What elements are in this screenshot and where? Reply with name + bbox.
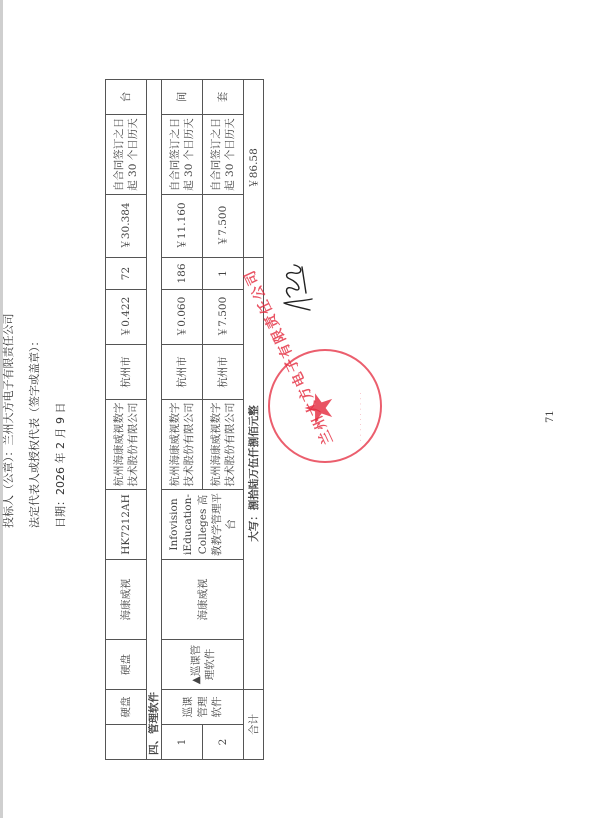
cell-manufacturer: 杭州海康威视数字技术股份有限公司: [106, 400, 147, 490]
table-row: 1 巡课管理软件 ▲巡课管理软件 海康威视 Infovision iEducat…: [162, 80, 203, 760]
star-icon: ★: [300, 391, 338, 425]
cell-unit: 间: [162, 80, 203, 115]
cell-delivery: 自合同签订之日起 30 个日历天: [203, 115, 244, 195]
cell-quantity: 186: [162, 258, 203, 290]
document-page: 硬盘 硬盘 海康威视 HK7212AH 杭州海康威视数字技术股份有限公司 杭州市…: [0, 0, 597, 818]
company-seal: 兰州大方电子有限责任公司 ★ · · · · · · · · · ·: [268, 349, 382, 463]
cell-name: 硬盘: [106, 640, 147, 690]
cell-total: ￥7.500: [203, 195, 244, 258]
cell-no: 2: [203, 725, 244, 760]
cell-name: ▲巡课管理软件: [162, 640, 244, 690]
total-row: 合计 大写：捌拾陆万伍仟捌佰元整 ￥86.58: [244, 80, 264, 760]
handwritten-signature: [280, 263, 316, 313]
cell-brand: 海康威视: [162, 560, 244, 640]
cell-quantity: 72: [106, 258, 147, 290]
cell-no: 1: [162, 725, 203, 760]
cell-manufacturer: 杭州海康威视数字技术股份有限公司: [162, 400, 203, 490]
cell-unit-price: ￥0.422: [106, 290, 147, 345]
cell-model: Infovision iEducation-Colleges 高教教学管理平台: [162, 490, 244, 560]
cell-total: ￥30.384: [106, 195, 147, 258]
bidder-line: 投标人（公章）：兰州大方电子有限责任公司: [0, 314, 16, 529]
cell-origin: 杭州市: [106, 345, 147, 400]
cell-delivery: 自合同签订之日起 30 个日历天: [162, 115, 203, 195]
total-label: 合计: [244, 690, 264, 760]
cell-unit-price: ￥0.060: [162, 290, 203, 345]
cell-manufacturer: 杭州海康威视数字技术股份有限公司: [203, 400, 244, 490]
section-header-row: 四、管理软件: [147, 80, 162, 760]
cell-item: 巡课管理软件: [162, 690, 244, 725]
cell-item: 硬盘: [106, 690, 147, 725]
seal-code: · · · · · · · · · ·: [358, 392, 364, 441]
cell-model: HK7212AH: [106, 490, 147, 560]
date-line: 日期：2026 年 2 月 9 日: [52, 403, 68, 528]
cell-unit: 台: [106, 80, 147, 115]
legal-rep-line: 法定代表人或授权代表（签字或盖章）：: [26, 336, 42, 529]
table-row: 硬盘 硬盘 海康威视 HK7212AH 杭州海康威视数字技术股份有限公司 杭州市…: [106, 80, 147, 760]
section-header: 四、管理软件: [147, 80, 162, 760]
cell-total: ￥11.160: [162, 195, 203, 258]
quotation-table: 硬盘 硬盘 海康威视 HK7212AH 杭州海康威视数字技术股份有限公司 杭州市…: [105, 79, 264, 760]
cell-origin: 杭州市: [162, 345, 203, 400]
cell-no: [106, 725, 147, 760]
total-amount: ￥86.58: [244, 80, 264, 258]
cell-brand: 海康威视: [106, 560, 147, 640]
page-number: 71: [545, 410, 556, 423]
cell-origin: 杭州市: [203, 345, 244, 400]
cell-unit-price: ￥7.500: [203, 290, 244, 345]
cell-delivery: 自合同签订之日起 30 个日历天: [106, 115, 147, 195]
cell-unit: 套: [203, 80, 244, 115]
